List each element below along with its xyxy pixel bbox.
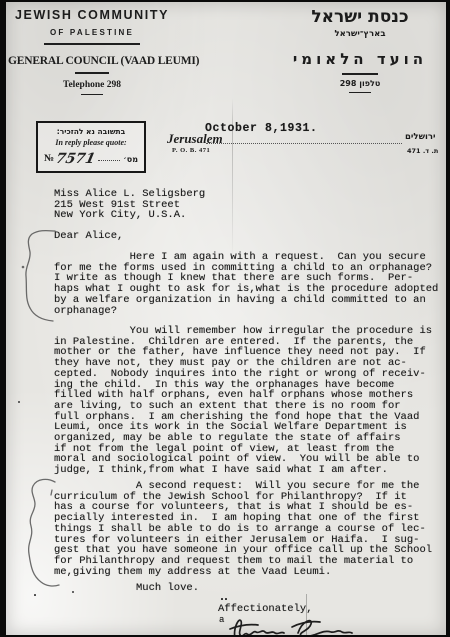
telephone-english: Telephone 298 <box>8 80 176 90</box>
pob-english: P. O. B. 471 <box>172 147 210 154</box>
letterhead-rule <box>44 43 140 45</box>
number-abbrev-hebrew: מס׳ <box>123 155 138 164</box>
reply-label-english: In reply please quote: <box>38 138 144 147</box>
ink-speck <box>72 591 74 593</box>
org-name-hebrew: כנסת ישראל <box>289 7 431 27</box>
body-paragraph-3: A second request: Will you secure for me… <box>54 481 432 577</box>
reply-label-hebrew: בתשובה נא להזכיר: <box>38 127 144 136</box>
signature-handwriting <box>228 614 358 635</box>
scanned-letter: JEWISH COMMUNITY OF PALESTINE GENERAL CO… <box>0 0 450 637</box>
letter-paper: JEWISH COMMUNITY OF PALESTINE GENERAL CO… <box>6 2 446 635</box>
council-name-hebrew: הועד הלאומי <box>289 50 431 68</box>
letterhead-hebrew: כנסת ישראל בארץ־ישראל הועד הלאומי טלפון … <box>289 7 431 93</box>
reply-number-row: № 7571 מס׳ <box>38 148 144 164</box>
telephone-hebrew: טלפון 298 <box>289 79 431 88</box>
body-paragraph-2: You will remember how irregular the proc… <box>54 326 432 476</box>
dotted-leader <box>98 159 120 161</box>
letterhead-rule <box>349 92 371 94</box>
org-name-english: JEWISH COMMUNITY <box>8 8 176 22</box>
body-paragraph-1: Here I am again with a request. Can you … <box>54 252 438 316</box>
typed-correction-letter: a <box>219 615 224 626</box>
org-subtitle-hebrew: בארץ־ישראל <box>289 29 431 39</box>
handwritten-reference-number: 7571 <box>54 151 96 167</box>
letterhead-rule <box>342 73 378 75</box>
fold-crease <box>232 98 233 260</box>
org-subtitle-english: OF PALESTINE <box>8 28 176 37</box>
place-jerusalem-english: Jerusalem <box>167 131 223 147</box>
typed-stray-dots <box>221 598 228 600</box>
ink-speck <box>18 401 20 403</box>
reply-reference-box: בתשובה נא להזכיר: In reply please quote:… <box>36 121 146 173</box>
letterhead-rule <box>81 94 103 96</box>
recipient-address: Miss Alice L. Seligsberg 215 West 91st S… <box>54 189 205 221</box>
numero-symbol: № <box>44 153 54 164</box>
place-jerusalem-hebrew: ירושלים <box>405 132 436 142</box>
council-name-english: GENERAL COUNCIL (VAAD LEUMI) <box>8 55 176 67</box>
ink-speck <box>34 594 36 596</box>
salutation: Dear Alice, <box>54 231 123 242</box>
pob-hebrew: ת. ד. 471 <box>407 147 438 155</box>
date-dotted-line <box>206 143 402 144</box>
closing-much-love: Much love. <box>136 583 199 594</box>
letterhead-rule <box>75 72 109 74</box>
letterhead-english: JEWISH COMMUNITY OF PALESTINE GENERAL CO… <box>8 8 176 95</box>
